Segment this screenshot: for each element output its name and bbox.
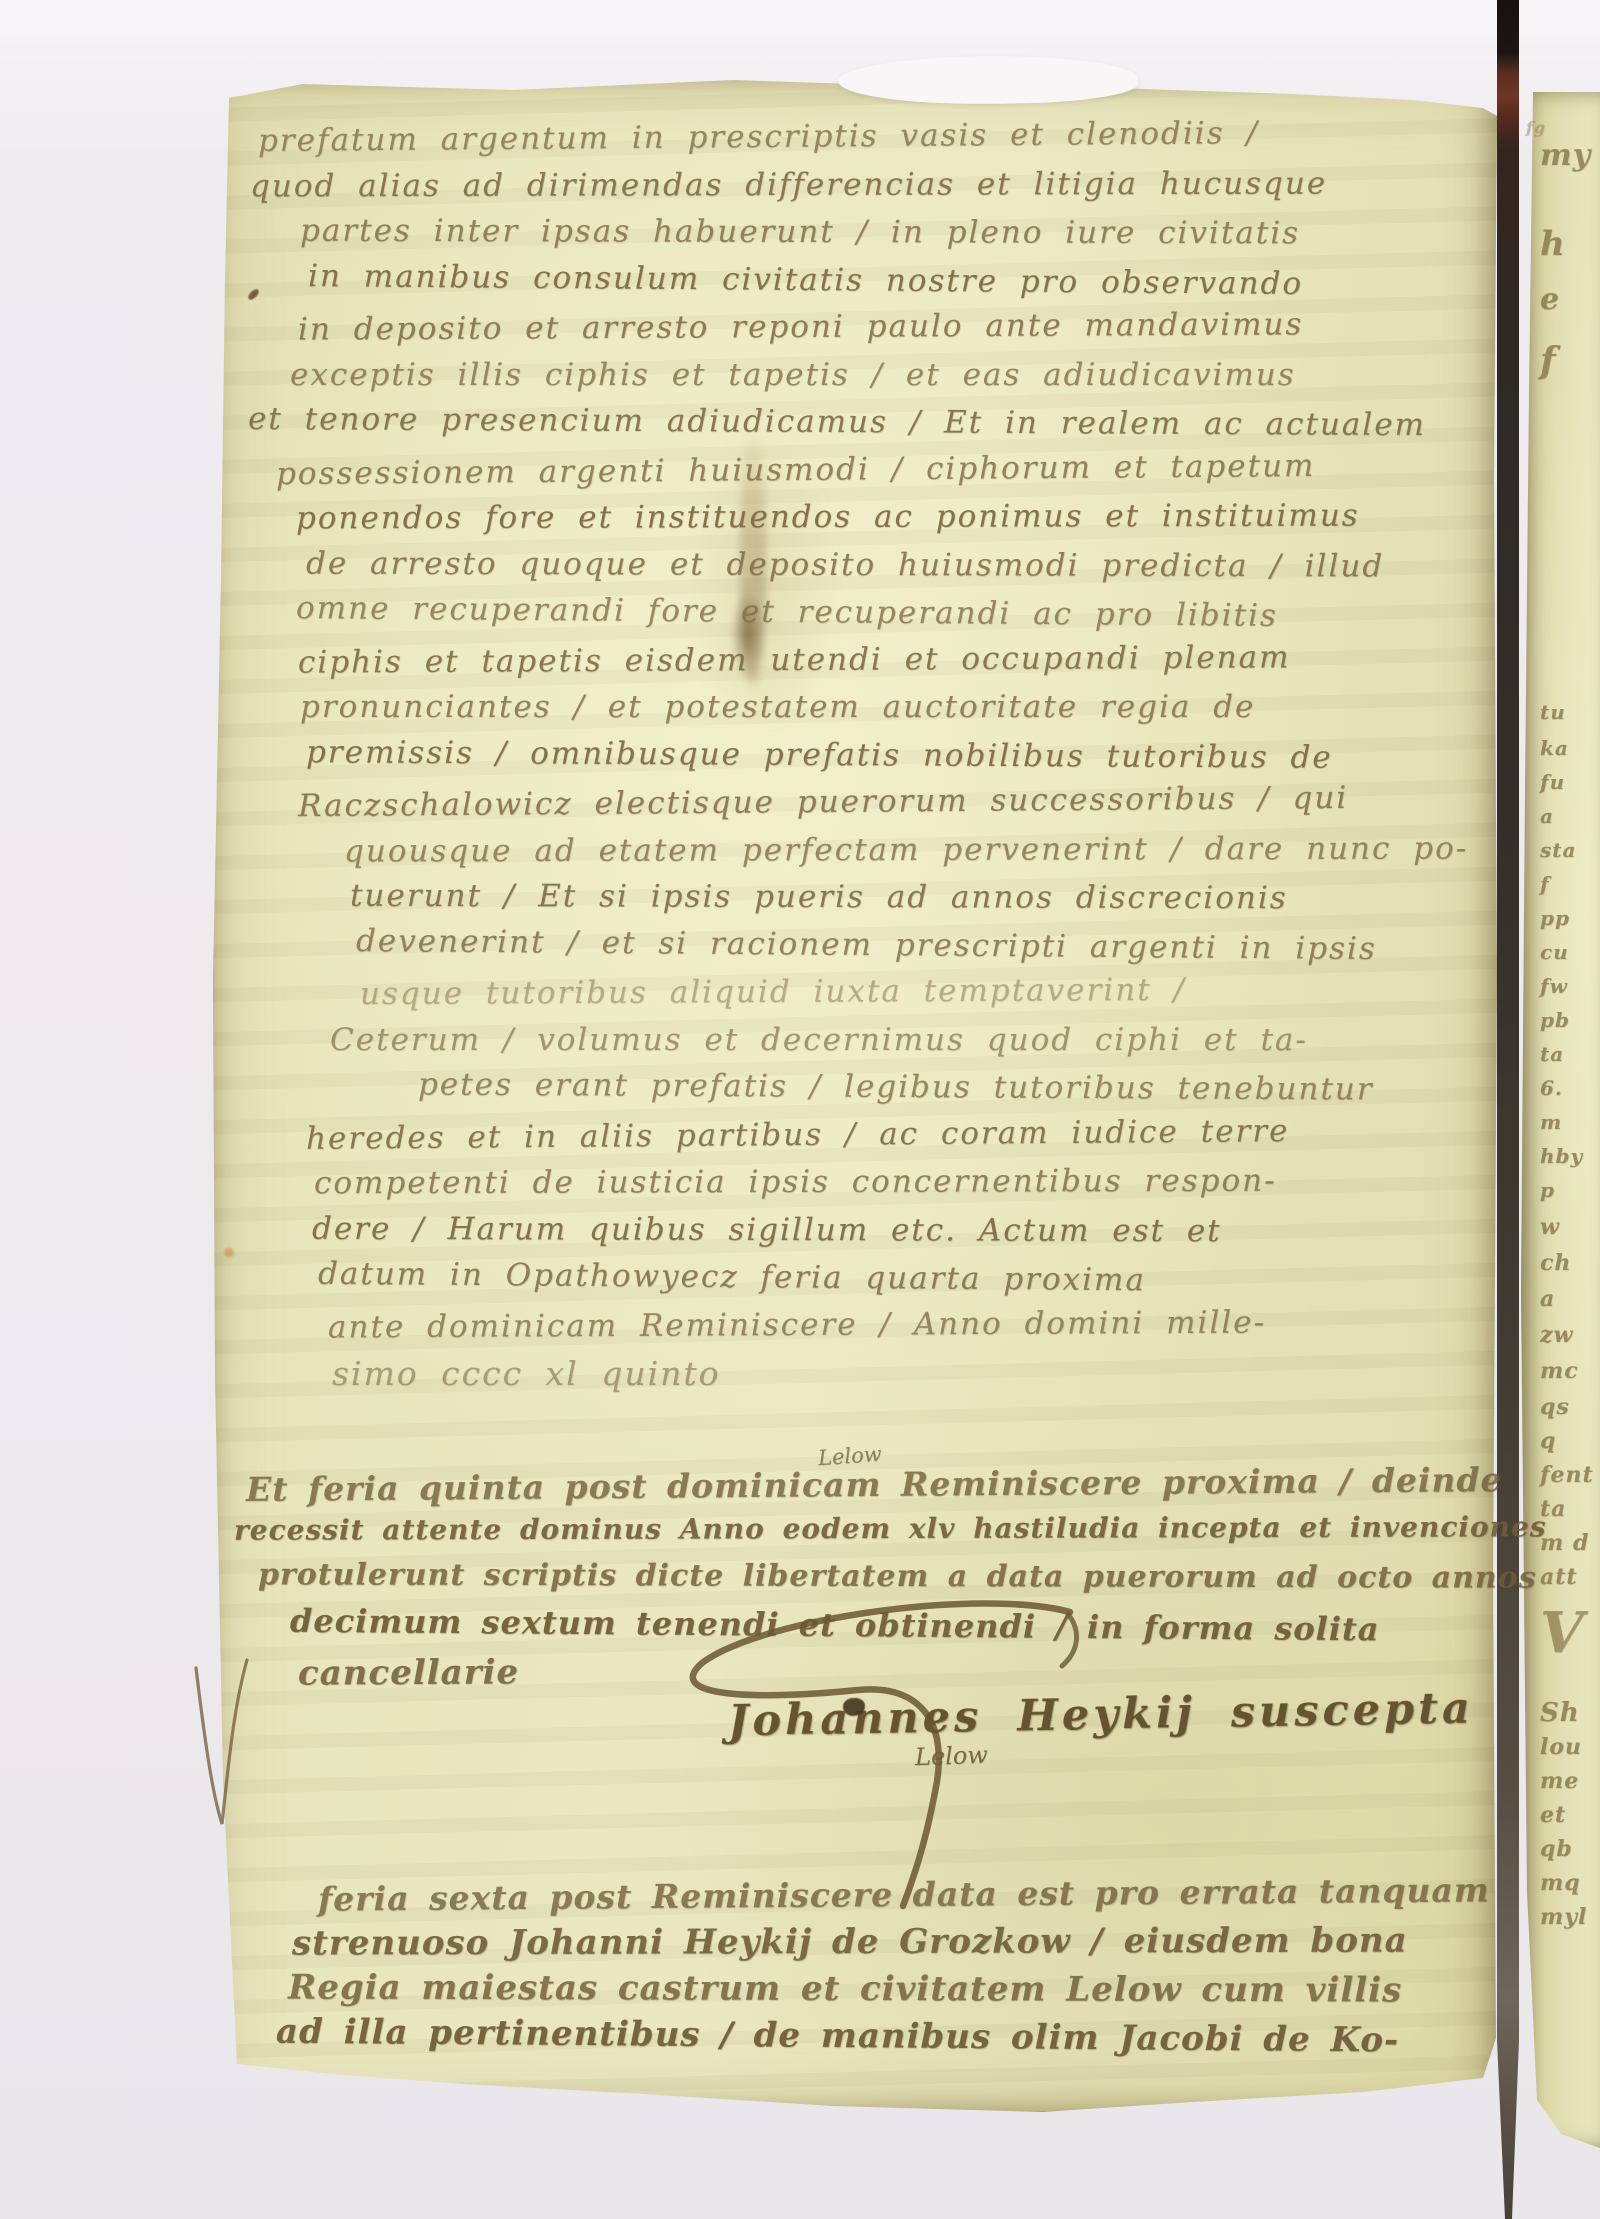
marginal-note-lelow-bottom: Lelow: [915, 1741, 989, 1772]
binding-gutter: [1493, 0, 1523, 2219]
left-page: [213, 78, 1497, 2112]
right-page-edge: [1521, 92, 1600, 2148]
manuscript-photo: prefatum argentum in prescriptis vasis e…: [0, 0, 1600, 2219]
marginal-note-lelow-top: Lelow: [817, 1442, 882, 1470]
